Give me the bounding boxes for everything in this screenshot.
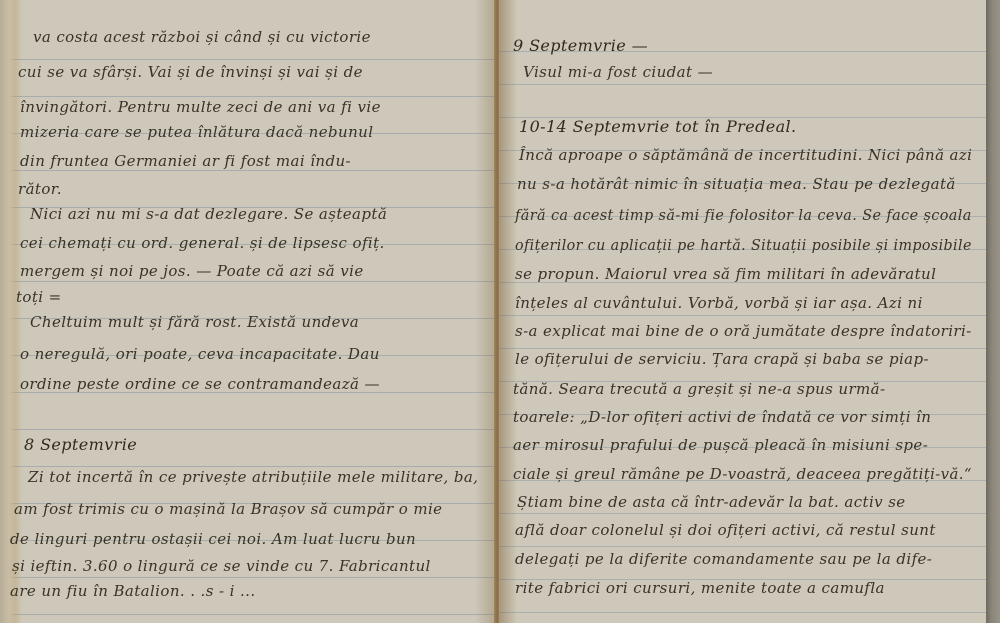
text-line: cui se va sfârși. Vai și de învinși și v… <box>18 63 363 81</box>
text-line: rător. <box>18 180 62 198</box>
right-page: 9 Septemvrie — Visul mi-a fost ciudat — … <box>499 0 986 623</box>
text-line: Cheltuim mult și fără rost. Există undev… <box>30 313 359 331</box>
text-line: se propun. Maiorul vrea să fim militari … <box>515 265 936 283</box>
text-line: ofițerilor cu aplicații pe hartă. Situaț… <box>515 236 972 254</box>
text-line: rite fabrici ori cursuri, menite toate a… <box>515 579 885 597</box>
text-line: învingători. Pentru multe zeci de ani va… <box>20 98 381 116</box>
text-line: are un fiu în Batalion. . .s - i ... <box>10 582 256 600</box>
text-line: va costa acest război și când și cu vict… <box>33 28 371 46</box>
text-line: toarele: „D-lor ofițeri activi de îndată… <box>513 408 931 426</box>
text-line: toți = <box>16 288 62 306</box>
text-line: nu s-a hotărât nimic în situația mea. St… <box>517 175 956 193</box>
text-line: ciale și greul rămâne pe D-voastră, deac… <box>513 465 972 483</box>
text-line: fără ca acest timp să-mi fie folositor l… <box>515 206 972 224</box>
text-line: am fost trimis cu o mașină la Brașov să … <box>14 500 442 518</box>
text-line: delegați pe la diferite comandamente sau… <box>515 550 932 568</box>
text-line: Visul mi-a fost ciudat — <box>523 63 713 81</box>
text-line: aer mirosul prafului de pușcă pleacă în … <box>513 436 928 454</box>
entry-date-heading: 9 Septemvrie — <box>513 36 648 55</box>
text-line: înțeles al cuvântului. Vorbă, vorbă și i… <box>515 294 923 312</box>
text-line: și ieftin. 3.60 o lingură ce se vinde cu… <box>12 557 431 575</box>
text-line: ordine peste ordine ce se contramandează… <box>20 375 380 393</box>
text-line: mizeria care se putea înlătura dacă nebu… <box>20 123 373 141</box>
text-line: Zi tot incertă în ce privește atribuțiil… <box>28 468 478 486</box>
text-line: de linguri pentru ostașii cei noi. Am lu… <box>10 530 416 548</box>
left-page: va costa acest război și când și cu vict… <box>0 0 497 623</box>
text-line: le ofițerului de serviciu. Țara crapă și… <box>515 350 929 368</box>
entry-date-heading: 8 Septemvrie <box>24 435 137 454</box>
text-line: tănă. Seara trecută a greșit și ne-a spu… <box>513 380 886 398</box>
text-line: Știam bine de asta că într-adevăr la bat… <box>517 493 906 511</box>
entry-date-heading: 10-14 Septemvrie tot în Predeal. <box>519 117 797 136</box>
text-line: din fruntea Germaniei ar fi fost mai înd… <box>20 152 351 170</box>
text-line: Încă aproape o săptămână de incertitudin… <box>519 146 972 164</box>
text-line: Nici azi nu mi s-a dat dezlegare. Se așt… <box>30 205 387 223</box>
text-line: o neregulă, ori poate, ceva incapacitate… <box>20 345 380 363</box>
text-line: s-a explicat mai bine de o oră jumătate … <box>515 322 972 340</box>
notebook-spread: va costa acest război și când și cu vict… <box>0 0 1000 623</box>
right-page-edge <box>986 0 1000 623</box>
text-line: află doar colonelul și doi ofițeri activ… <box>515 521 936 539</box>
text-line: cei chemați cu ord. general. și de lipse… <box>20 234 385 252</box>
text-line: mergem și noi pe jos. — Poate că azi să … <box>20 262 364 280</box>
